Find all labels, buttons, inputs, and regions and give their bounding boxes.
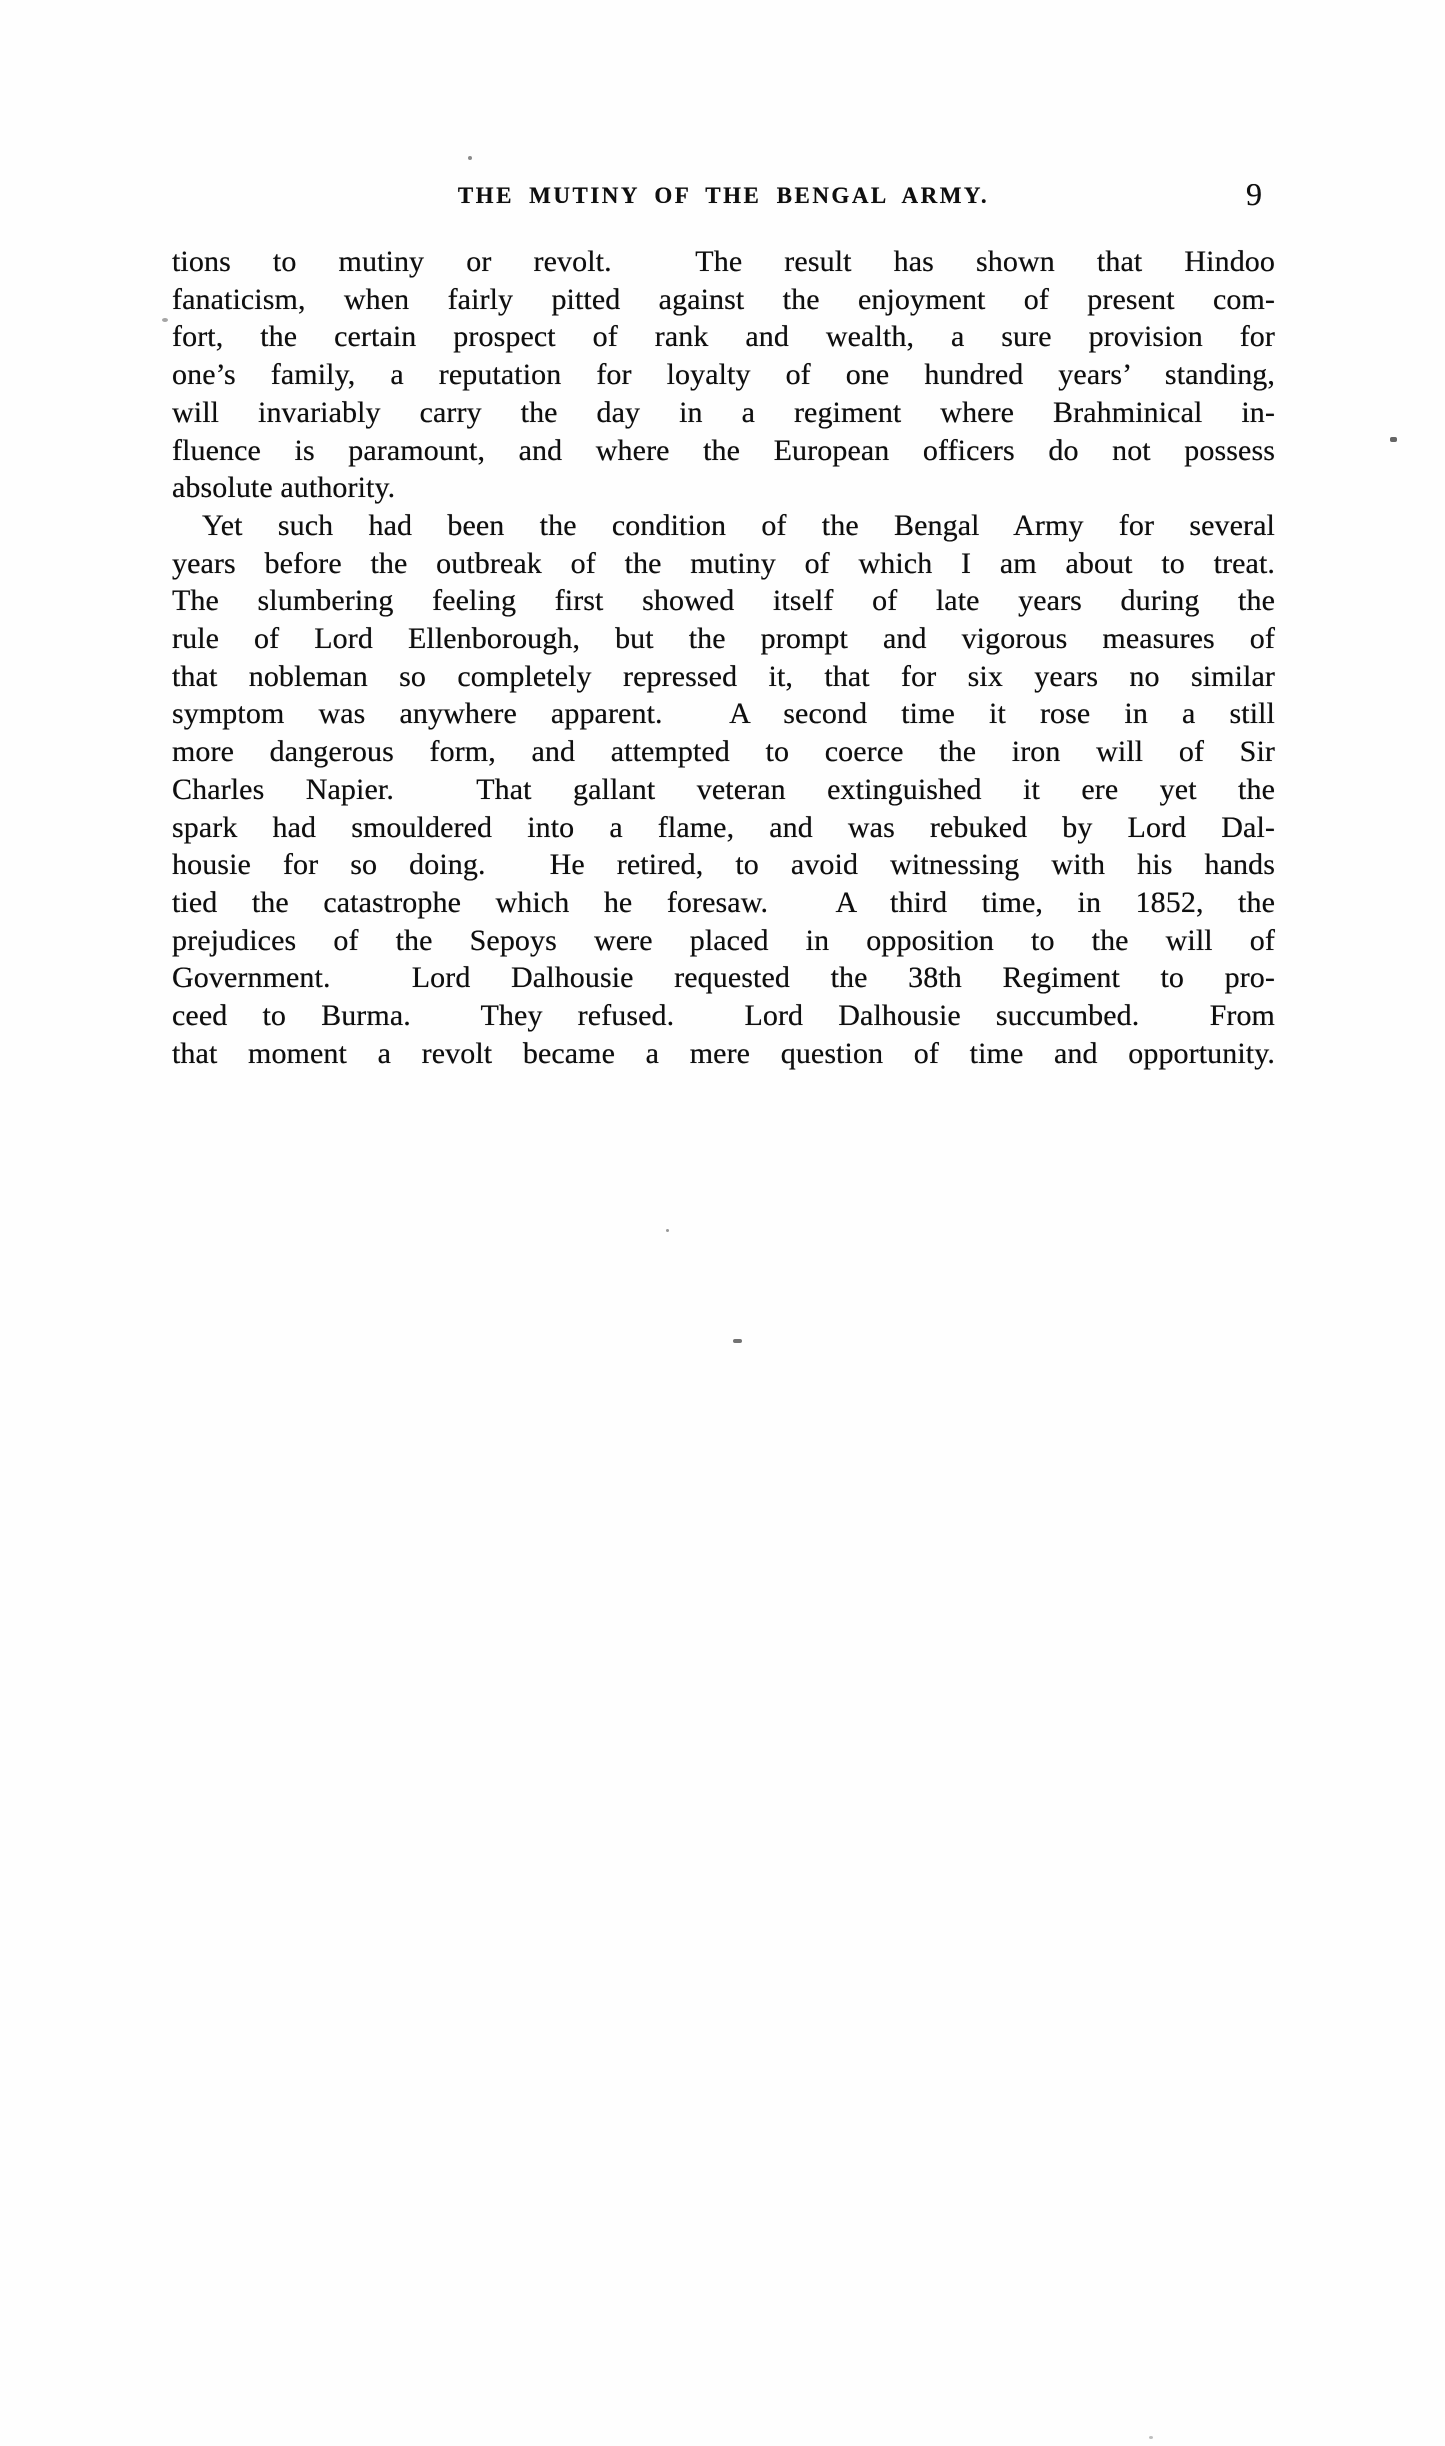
text-line: rule of Lord Ellenborough, but the promp…: [172, 620, 1275, 658]
book-page: THE MUTINY OF THE BENGAL ARMY. 9 tions t…: [0, 0, 1445, 2446]
text-line: that nobleman so completely repressed it…: [172, 658, 1275, 696]
page-number: 9: [1246, 176, 1262, 213]
text-line: more dangerous form, and attempted to co…: [172, 733, 1275, 771]
paragraph: tions to mutiny or revolt. The result ha…: [172, 243, 1275, 507]
scan-speck: [1149, 2436, 1153, 2439]
text-line: fort, the certain prospect of rank and w…: [172, 318, 1275, 356]
running-head-title: THE MUTINY OF THE BENGAL ARMY.: [172, 183, 1275, 209]
text-line: prejudices of the Sepoys were placed in …: [172, 922, 1275, 960]
scan-speck: [733, 1339, 742, 1343]
scan-speck: [1390, 437, 1397, 442]
text-line: symptom was anywhere apparent. A second …: [172, 695, 1275, 733]
scan-speck: [468, 156, 472, 160]
text-line: one’s family, a reputation for loyalty o…: [172, 356, 1275, 394]
text-line: housie for so doing. He retired, to avoi…: [172, 846, 1275, 884]
text-line: will invariably carry the day in a regim…: [172, 394, 1275, 432]
text-line: fanaticism, when fairly pitted against t…: [172, 281, 1275, 319]
text-line: spark had smouldered into a flame, and w…: [172, 809, 1275, 847]
scan-speck: [666, 1229, 669, 1232]
text-line: fluence is paramount, and where the Euro…: [172, 432, 1275, 470]
text-line: years before the outbreak of the mutiny …: [172, 545, 1275, 583]
body-text: tions to mutiny or revolt. The result ha…: [172, 243, 1275, 1072]
text-line: that moment a revolt became a mere quest…: [172, 1035, 1275, 1073]
text-line: tions to mutiny or revolt. The result ha…: [172, 243, 1275, 281]
text-line: tied the catastrophe which he foresaw. A…: [172, 884, 1275, 922]
paragraph: Yet such had been the condition of the B…: [172, 507, 1275, 1073]
text-line: Charles Napier. That gallant veteran ext…: [172, 771, 1275, 809]
text-line: ceed to Burma. They refused. Lord Dalhou…: [172, 997, 1275, 1035]
text-line: Yet such had been the condition of the B…: [172, 507, 1275, 545]
text-line: absolute authority.: [172, 469, 1275, 507]
text-line: Government. Lord Dalhousie requested the…: [172, 959, 1275, 997]
text-line: The slumbering feeling first showed itse…: [172, 582, 1275, 620]
scan-speck: [162, 318, 168, 322]
